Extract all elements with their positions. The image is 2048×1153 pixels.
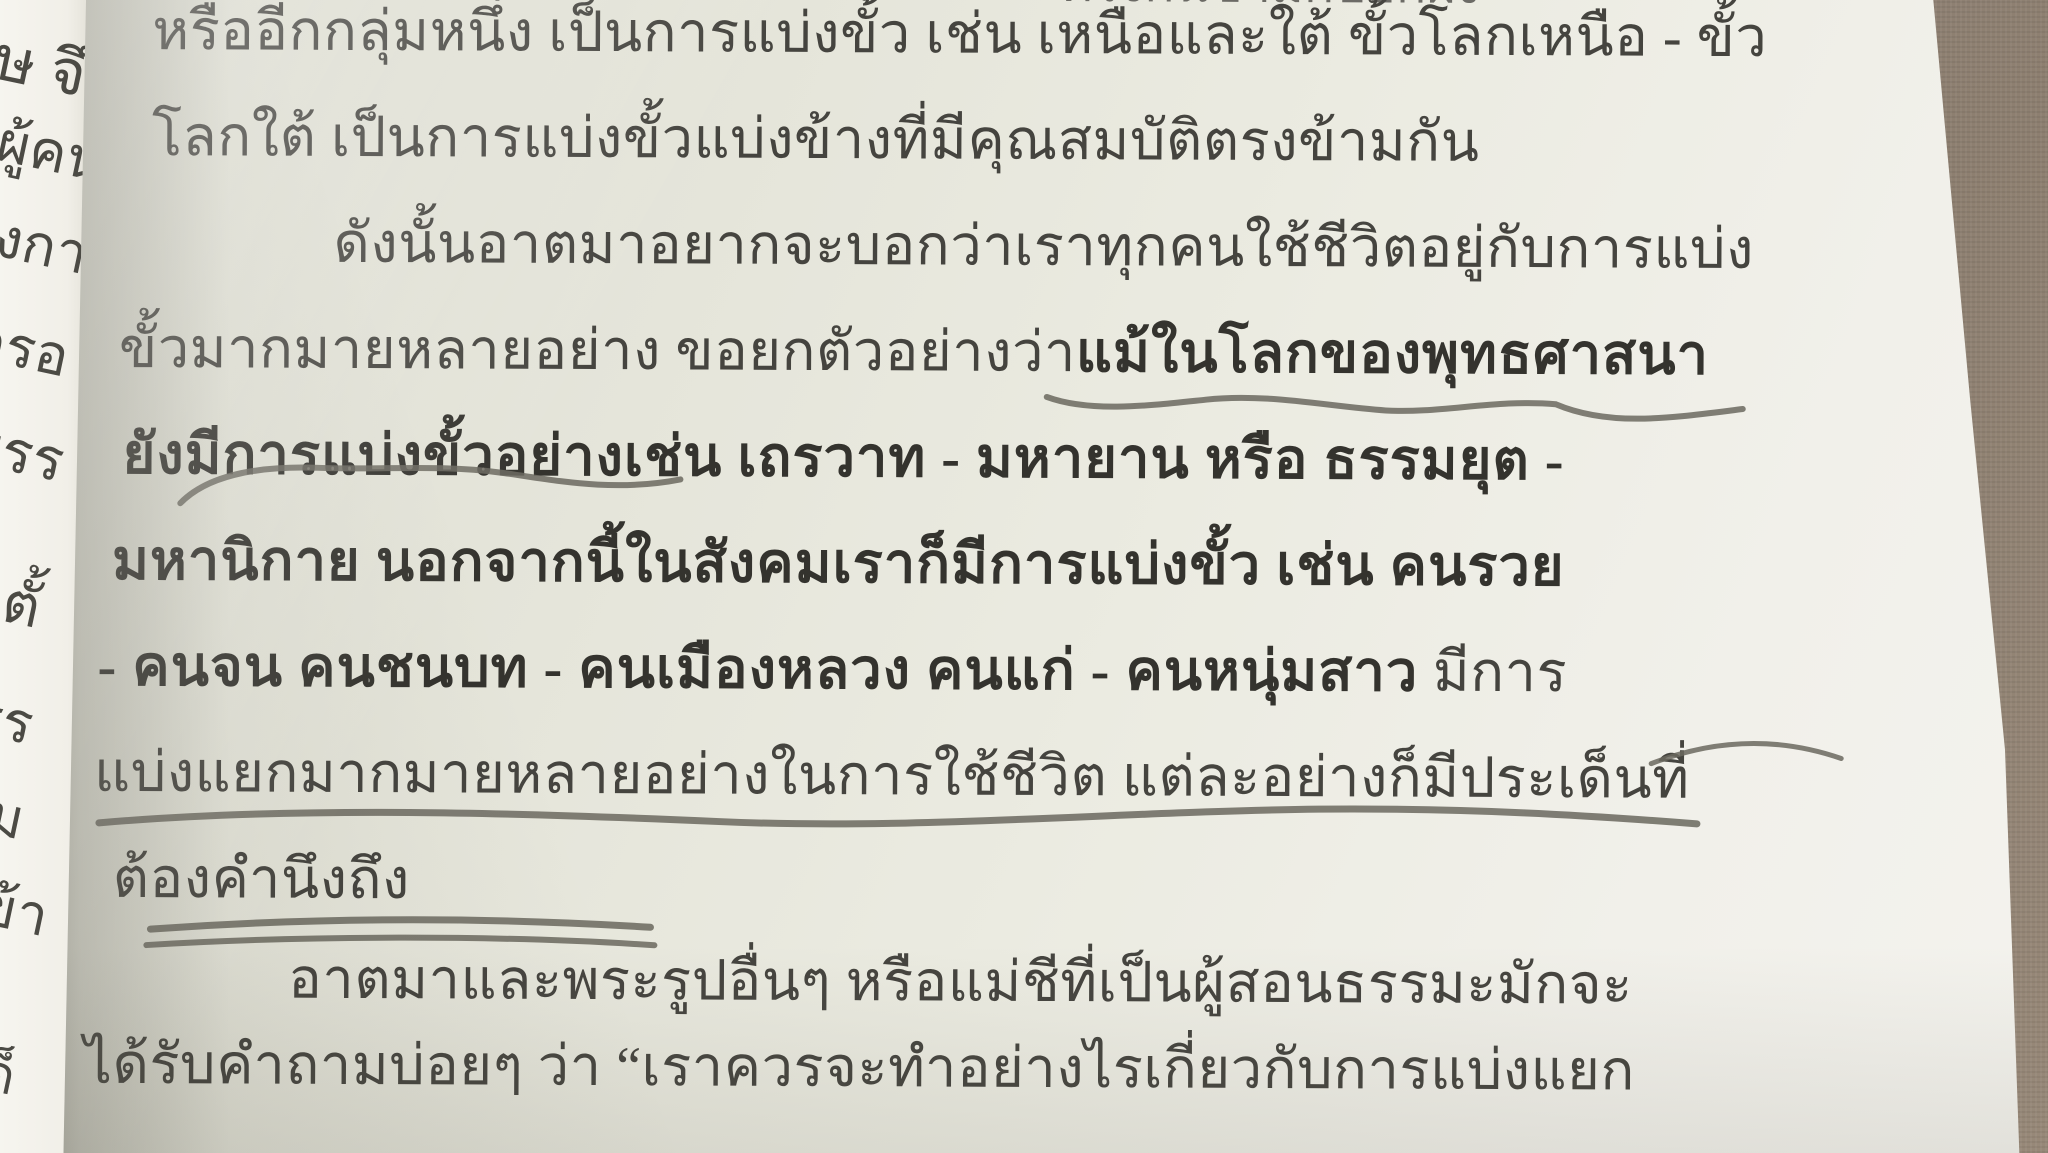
text-line: หรืออีกกลุ่มหนึ่ง เป็นการแบ่งขั้ว เช่น เ… <box>152 0 1767 78</box>
text-line: ต้องคำนึงถึง <box>112 839 409 920</box>
page-fragment: ฤษ จึ <box>0 14 93 114</box>
page-text: ตรงกันข้ามกับอีกฝั่ง หรืออีกกลุ่มหนึ่ง เ… <box>0 0 2048 1153</box>
page-fragment: ครอ <box>0 306 75 393</box>
page-fragment: ข้า <box>0 872 54 952</box>
text-line: ยังมีการแบ่งขั้วอย่างเช่น เถรวาท - มหายา… <box>122 415 1564 501</box>
page-fragment: รร <box>0 682 39 760</box>
text-line: - คนจน คนชนบท - คนเมืองหลวง คนแก่ - คนหน… <box>97 627 1567 713</box>
text-line: อาตมาและพระรูปอื่นๆ หรือแม่ชีที่เป็นผู้ส… <box>288 940 1633 1026</box>
page-fragment: ม <box>0 782 30 855</box>
text-line: มหานิกาย นอกจากนี้ในสังคมเราก็มีการแบ่งข… <box>112 521 1565 607</box>
text-line: แบ่งแยกมากมายหลายอย่างในการใช้ชีวิต แต่ล… <box>94 733 1690 820</box>
page-fragment: ด็ <box>0 1042 21 1110</box>
text-line: โลกใต้ เป็นการแบ่งขั้วแบ่งข้างที่มีคุณสม… <box>152 97 1480 183</box>
book-photo: ฤษ จึ ับผู้คน องการ ครอ พรร กตั้ รร ม ข้… <box>0 0 2048 1153</box>
pencil-wavy-underline <box>1047 397 1743 419</box>
book-page: ตรงกันข้ามกับอีกฝั่ง หรืออีกกลุ่มหนึ่ง เ… <box>0 0 2048 1153</box>
text-line: ได้รับคำถามบ่อยๆ ว่า “เราควรจะทำอย่างไรเ… <box>84 1025 1635 1112</box>
text-line: ขั้วมากมายหลายอย่าง ขอยกตัวอย่างว่าแม้ใน… <box>119 309 1709 396</box>
page-fragment: พรร <box>0 408 70 497</box>
page-fragment: กตั้ <box>0 560 47 643</box>
pencil-double-underline <box>150 919 650 932</box>
text-line: ดังนั้นอาตมาอยากจะบอกว่าเราทุกคนใช้ชีวิต… <box>333 204 1754 290</box>
